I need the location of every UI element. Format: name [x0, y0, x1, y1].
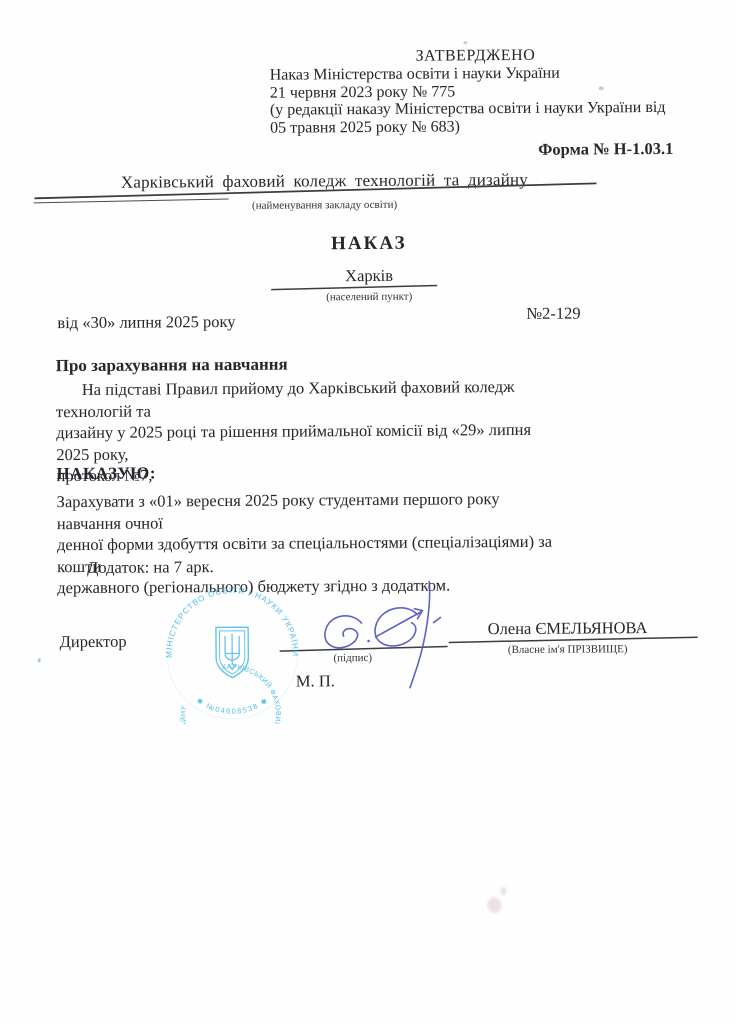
- handwritten-signature: [301, 544, 462, 695]
- trident-shield-icon: [216, 627, 249, 678]
- institution-underline: [34, 183, 596, 198]
- signature-slash: [409, 582, 430, 688]
- scan-speck: [599, 86, 604, 90]
- city-underline: [271, 286, 437, 290]
- signature-dot: [367, 640, 370, 643]
- signature-tick: [433, 617, 440, 622]
- institution-underline-ghost: [34, 199, 229, 203]
- round-seal-stamp: МІНІСТЕРСТВО ОСВІТИ І НАУКИ УКРАЇНИ ✱ №0…: [161, 582, 303, 724]
- scan-smudge: [500, 887, 506, 895]
- scan-smudge: [487, 897, 501, 913]
- scan-speck: [463, 41, 467, 44]
- scanned-order-page: ЗАТВЕРДЖЕНО Наказ Міністерства освіти і …: [0, 0, 736, 1024]
- signature-loop-1: [325, 616, 362, 648]
- name-underline: [449, 637, 698, 642]
- scan-speck: [38, 658, 41, 662]
- signature-loop-2: [375, 608, 418, 646]
- form-rules: [0, 0, 736, 1024]
